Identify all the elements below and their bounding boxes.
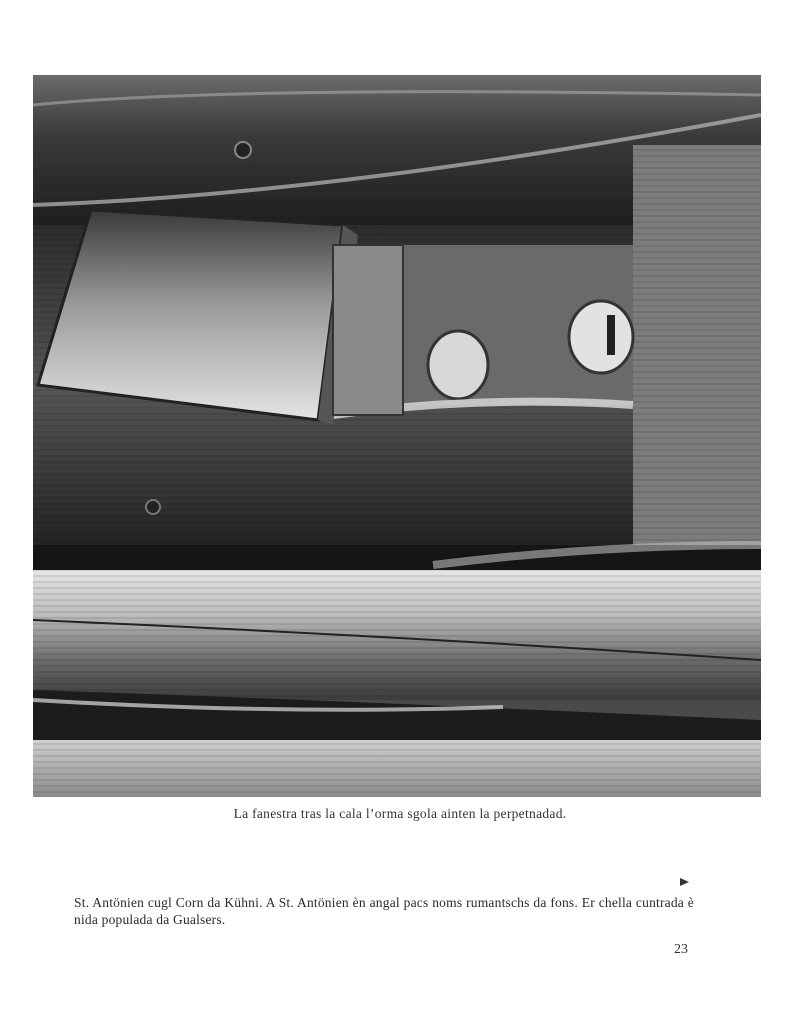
photograph-log-wall — [33, 75, 761, 797]
page-number: 23 — [674, 942, 688, 958]
log-wall-image — [33, 75, 761, 797]
photo-caption: La fanestra tras la cala l’orma sgola ai… — [0, 806, 800, 822]
continuation-arrow-icon — [680, 878, 689, 886]
body-paragraph: St. Antönien cugl Corn da Kühni. A St. A… — [74, 894, 694, 928]
